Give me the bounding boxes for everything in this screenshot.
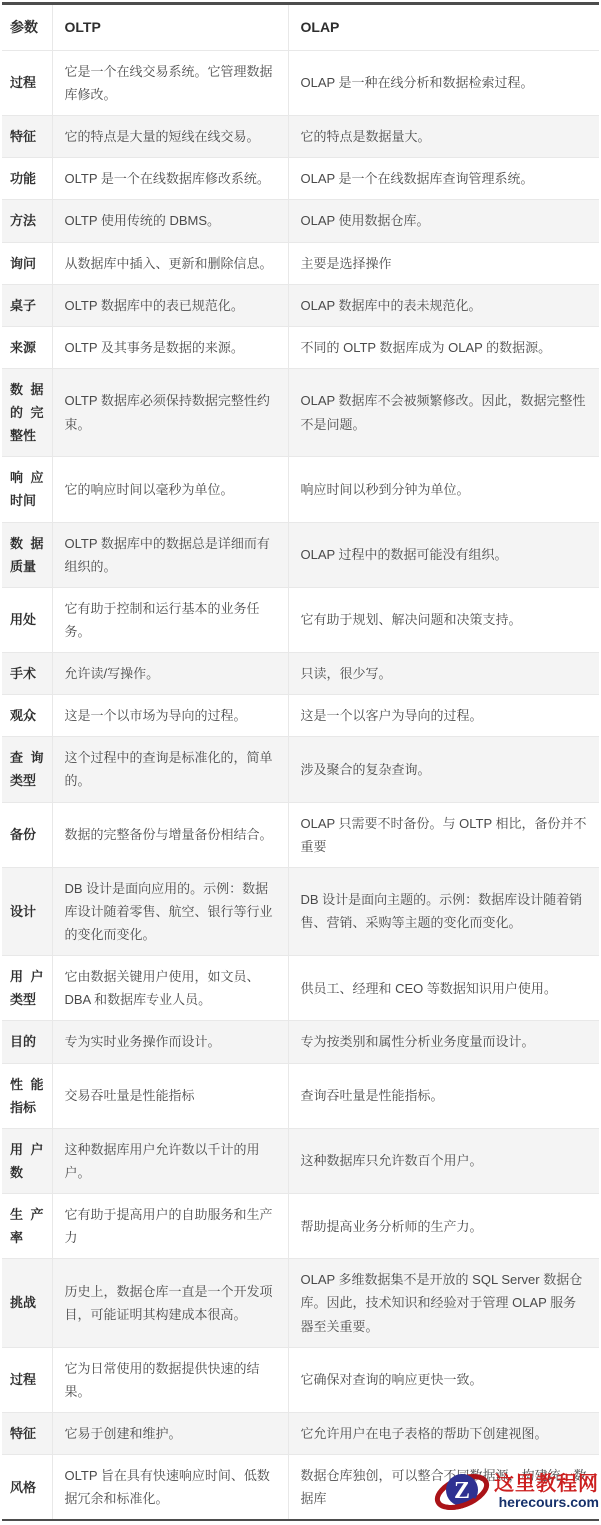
table-row: 生产率它有助于提高用户的自助服务和生产力帮助提高业务分析师的生产力。 (2, 1194, 599, 1259)
cell-olap: OLAP 是一个在线数据库查询管理系统。 (288, 158, 599, 200)
header-cell-param: 参数 (2, 4, 52, 51)
herecours-logo-icon: Z (434, 1465, 490, 1517)
cell-olap: OLAP 过程中的数据可能没有组织。 (288, 522, 599, 587)
cell-param: 询问 (2, 242, 52, 284)
cell-olap: DB 设计是面向主题的。示例：数据库设计随着销售、营销、采购等主题的变化而变化。 (288, 867, 599, 955)
cell-param: 生产率 (2, 1194, 52, 1259)
cell-olap: OLAP 使用数据仓库。 (288, 200, 599, 242)
cell-param: 用处 (2, 587, 52, 652)
cell-oltp: OLTP 使用传统的 DBMS。 (52, 200, 288, 242)
site-name-cn: 这里教程网 (494, 1473, 599, 1495)
site-domain: herecours.com (499, 1495, 599, 1510)
table-row: 桌子OLTP 数据库中的表已规范化。OLAP 数据库中的表未规范化。 (2, 284, 599, 326)
watermark-text: 这里教程网 herecours.com (494, 1473, 599, 1510)
table-row: 功能OLTP 是一个在线数据库修改系统。OLAP 是一个在线数据库查询管理系统。 (2, 158, 599, 200)
cell-oltp: 它易于创建和维护。 (52, 1412, 288, 1454)
cell-param: 风格 (2, 1455, 52, 1521)
header-cell-oltp: OLTP (52, 4, 288, 51)
cell-olap: OLAP 只需要不时备份。与 OLTP 相比，备份并不重要 (288, 802, 599, 867)
cell-param: 过程 (2, 50, 52, 115)
cell-oltp: OLTP 数据库必须保持数据完整性约束。 (52, 368, 288, 456)
cell-olap: 只读，很少写。 (288, 653, 599, 695)
cell-oltp: 它由数据关键用户使用，如文员、DBA 和数据库专业人员。 (52, 956, 288, 1021)
oltp-olap-comparison-page: 参数 OLTP OLAP 过程它是一个在线交易系统。它管理数据库修改。OLAP … (0, 0, 601, 1525)
table-row: 询问从数据库中插入、更新和删除信息。主要是选择操作 (2, 242, 599, 284)
cell-olap: 这种数据库只允许数百个用户。 (288, 1128, 599, 1193)
cell-olap: 不同的 OLTP 数据库成为 OLAP 的数据源。 (288, 326, 599, 368)
cell-oltp: 这个过程中的查询是标准化的，简单的。 (52, 737, 288, 802)
cell-param: 性能指标 (2, 1063, 52, 1128)
table-row: 用户数这种数据库用户允许数以千计的用户。这种数据库只允许数百个用户。 (2, 1128, 599, 1193)
cell-param: 来源 (2, 326, 52, 368)
cell-param: 挑战 (2, 1259, 52, 1347)
cell-olap: OLAP 数据库中的表未规范化。 (288, 284, 599, 326)
cell-olap: OLAP 多维数据集不是开放的 SQL Server 数据仓库。因此，技术知识和… (288, 1259, 599, 1347)
cell-param: 数据的完整性 (2, 368, 52, 456)
table-row: 用处它有助于控制和运行基本的业务任务。它有助于规划、解决问题和决策支持。 (2, 587, 599, 652)
cell-param: 观众 (2, 695, 52, 737)
cell-olap: 它允许用户在电子表格的帮助下创建视图。 (288, 1412, 599, 1454)
cell-param: 备份 (2, 802, 52, 867)
cell-oltp: 它为日常使用的数据提供快速的结果。 (52, 1347, 288, 1412)
cell-param: 桌子 (2, 284, 52, 326)
cell-param: 查询类型 (2, 737, 52, 802)
cell-param: 目的 (2, 1021, 52, 1063)
table-row: 性能指标交易吞吐量是性能指标查询吞吐量是性能指标。 (2, 1063, 599, 1128)
cell-olap: 它有助于规划、解决问题和决策支持。 (288, 587, 599, 652)
cell-oltp: OLTP 数据库中的表已规范化。 (52, 284, 288, 326)
logo-letter: Z (454, 1478, 470, 1504)
cell-oltp: 它有助于控制和运行基本的业务任务。 (52, 587, 288, 652)
cell-oltp: 交易吞吐量是性能指标 (52, 1063, 288, 1128)
cell-olap: 专为按类别和属性分析业务度量而设计。 (288, 1021, 599, 1063)
cell-oltp: 它有助于提高用户的自助服务和生产力 (52, 1194, 288, 1259)
cell-param: 设计 (2, 867, 52, 955)
cell-oltp: 专为实时业务操作而设计。 (52, 1021, 288, 1063)
cell-oltp: DB 设计是面向应用的。示例：数据库设计随着零售、航空、银行等行业的变化而变化。 (52, 867, 288, 955)
cell-param: 用户数 (2, 1128, 52, 1193)
cell-oltp: 这种数据库用户允许数以千计的用户。 (52, 1128, 288, 1193)
table-row: 用户类型它由数据关键用户使用，如文员、DBA 和数据库专业人员。供员工、经理和 … (2, 956, 599, 1021)
cell-oltp: 它的特点是大量的短线在线交易。 (52, 116, 288, 158)
table-header-row: 参数 OLTP OLAP (2, 4, 599, 51)
cell-param: 响应时间 (2, 457, 52, 522)
table-row: 方法OLTP 使用传统的 DBMS。OLAP 使用数据仓库。 (2, 200, 599, 242)
site-watermark: Z 这里教程网 herecours.com (434, 1465, 599, 1517)
table-row: 挑战历史上，数据仓库一直是一个开发项目，可能证明其构建成本很高。OLAP 多维数… (2, 1259, 599, 1347)
oltp-olap-comparison-table: 参数 OLTP OLAP 过程它是一个在线交易系统。它管理数据库修改。OLAP … (2, 2, 599, 1521)
cell-oltp: 历史上，数据仓库一直是一个开发项目，可能证明其构建成本很高。 (52, 1259, 288, 1347)
table-row: 备份数据的完整备份与增量备份相结合。OLAP 只需要不时备份。与 OLTP 相比… (2, 802, 599, 867)
cell-olap: OLAP 数据库不会被频繁修改。因此，数据完整性不是问题。 (288, 368, 599, 456)
cell-oltp: 允许读/写操作。 (52, 653, 288, 695)
table-row: 设计DB 设计是面向应用的。示例：数据库设计随着零售、航空、银行等行业的变化而变… (2, 867, 599, 955)
cell-oltp: OLTP 是一个在线数据库修改系统。 (52, 158, 288, 200)
table-row: 特征它易于创建和维护。它允许用户在电子表格的帮助下创建视图。 (2, 1412, 599, 1454)
header-cell-olap: OLAP (288, 4, 599, 51)
cell-olap: 供员工、经理和 CEO 等数据知识用户使用。 (288, 956, 599, 1021)
cell-olap: 主要是选择操作 (288, 242, 599, 284)
cell-oltp: 它是一个在线交易系统。它管理数据库修改。 (52, 50, 288, 115)
cell-param: 过程 (2, 1347, 52, 1412)
table-row: 数据的完整性OLTP 数据库必须保持数据完整性约束。OLAP 数据库不会被频繁修… (2, 368, 599, 456)
cell-oltp: 这是一个以市场为导向的过程。 (52, 695, 288, 737)
table-row: 查询类型这个过程中的查询是标准化的，简单的。涉及聚合的复杂查询。 (2, 737, 599, 802)
table-row: 观众这是一个以市场为导向的过程。这是一个以客户为导向的过程。 (2, 695, 599, 737)
table-row: 目的专为实时业务操作而设计。专为按类别和属性分析业务度量而设计。 (2, 1021, 599, 1063)
cell-oltp: 它的响应时间以毫秒为单位。 (52, 457, 288, 522)
cell-olap: OLAP 是一种在线分析和数据检索过程。 (288, 50, 599, 115)
cell-oltp: 从数据库中插入、更新和删除信息。 (52, 242, 288, 284)
table-row: 数据质量OLTP 数据库中的数据总是详细而有组织的。OLAP 过程中的数据可能没… (2, 522, 599, 587)
cell-param: 功能 (2, 158, 52, 200)
cell-oltp: 数据的完整备份与增量备份相结合。 (52, 802, 288, 867)
cell-oltp: OLTP 及其事务是数据的来源。 (52, 326, 288, 368)
cell-olap: 它的特点是数据量大。 (288, 116, 599, 158)
cell-olap: 这是一个以客户为导向的过程。 (288, 695, 599, 737)
cell-olap: 查询吞吐量是性能指标。 (288, 1063, 599, 1128)
cell-param: 数据质量 (2, 522, 52, 587)
table-row: 手术允许读/写操作。只读，很少写。 (2, 653, 599, 695)
cell-param: 特征 (2, 1412, 52, 1454)
table-row: 来源OLTP 及其事务是数据的来源。不同的 OLTP 数据库成为 OLAP 的数… (2, 326, 599, 368)
cell-oltp: OLTP 数据库中的数据总是详细而有组织的。 (52, 522, 288, 587)
cell-param: 用户类型 (2, 956, 52, 1021)
cell-olap: 它确保对查询的响应更快一致。 (288, 1347, 599, 1412)
table-row: 过程它为日常使用的数据提供快速的结果。它确保对查询的响应更快一致。 (2, 1347, 599, 1412)
cell-olap: 帮助提高业务分析师的生产力。 (288, 1194, 599, 1259)
cell-param: 方法 (2, 200, 52, 242)
table-row: 特征它的特点是大量的短线在线交易。它的特点是数据量大。 (2, 116, 599, 158)
cell-olap: 响应时间以秒到分钟为单位。 (288, 457, 599, 522)
cell-param: 特征 (2, 116, 52, 158)
cell-olap: 涉及聚合的复杂查询。 (288, 737, 599, 802)
cell-param: 手术 (2, 653, 52, 695)
table-row: 响应时间它的响应时间以毫秒为单位。响应时间以秒到分钟为单位。 (2, 457, 599, 522)
cell-oltp: OLTP 旨在具有快速响应时间、低数据冗余和标准化。 (52, 1455, 288, 1521)
table-row: 过程它是一个在线交易系统。它管理数据库修改。OLAP 是一种在线分析和数据检索过… (2, 50, 599, 115)
